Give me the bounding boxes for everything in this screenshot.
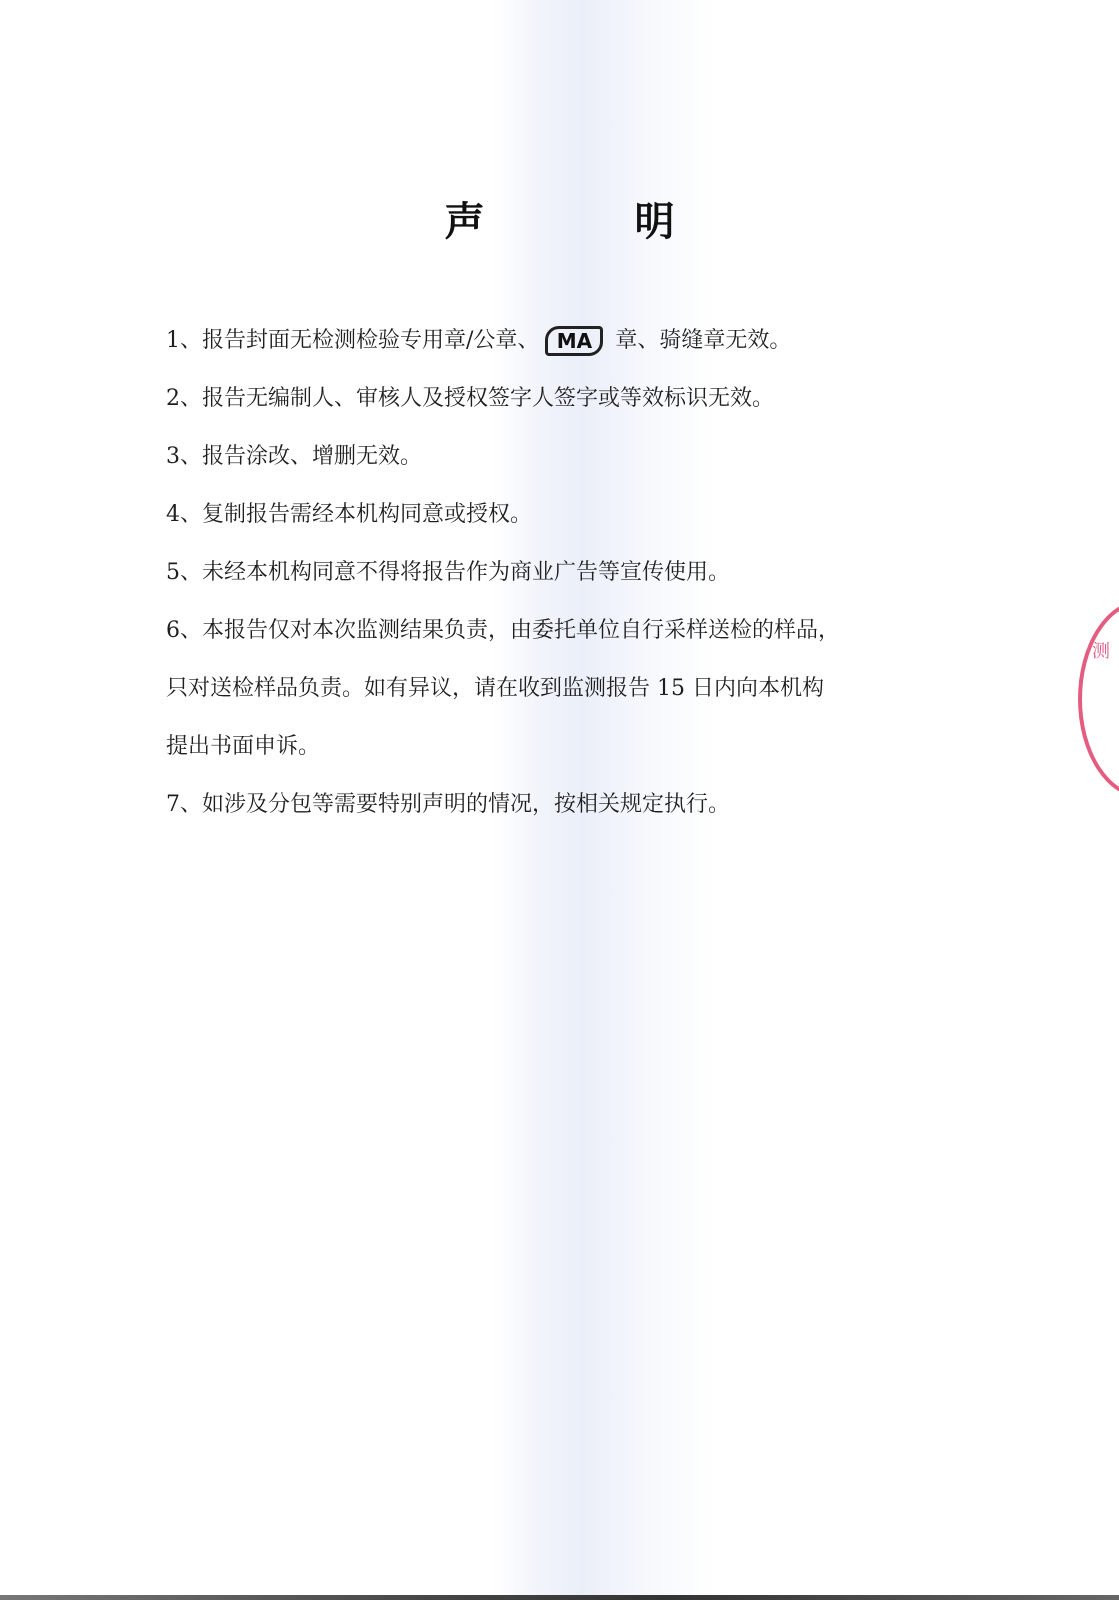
scan-bottom-edge [0,1595,1119,1600]
statement-item-1: 1、报告封面无检测检验专用章/公章、MA章、骑缝章无效。 [166,312,956,370]
statement-1-prefix: 1、报告封面无检测检验专用章/公章、 [166,328,539,353]
statement-item-6-line-1: 6、本报告仅对本次监测结果负责，由委托单位自行采样送检的样品， [166,602,956,660]
cma-mark-icon: MA [545,326,603,356]
statement-1-suffix: 章、骑缝章无效。 [615,328,791,353]
statement-item-3: 3、报告涂改、增删无效。 [166,428,956,486]
statement-item-6-line-2: 只对送检样品负责。如有异议，请在收到监测报告 15 日内向本机构 [166,660,956,718]
title-char-1: 声 [445,190,485,247]
statement-item-5: 5、未经本机构同意不得将报告作为商业广告等宣传使用。 [166,544,956,602]
statement-item-7: 7、如涉及分包等需要特别声明的情况，按相关规定执行。 [166,776,956,834]
seal-text: 测 [1092,640,1116,664]
statement-item-4: 4、复制报告需经本机构同意或授权。 [166,486,956,544]
title-char-2: 明 [635,190,675,247]
page-title: 声明 [0,190,1119,247]
statement-list: 1、报告封面无检测检验专用章/公章、MA章、骑缝章无效。 2、报告无编制人、审核… [166,312,956,834]
statement-item-6-line-3: 提出书面申诉。 [166,718,956,776]
statement-item-2: 2、报告无编制人、审核人及授权签字人签字或等效标识无效。 [166,370,956,428]
